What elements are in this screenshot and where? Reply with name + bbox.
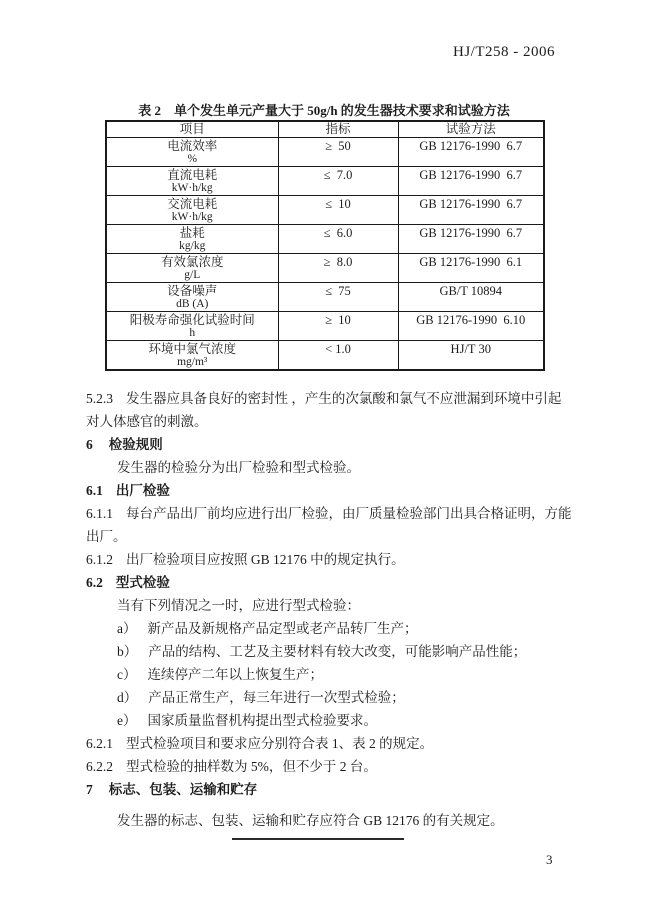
document-body: 5.2.3发生器应具备良好的密封性 ，产生的次氯酸和氯气不应泄漏到环境中引起对人… <box>86 387 572 832</box>
spec-table: 项目 指标 试验方法 电流效率 % ≥ 50 GB 12176-1990 6.7… <box>105 120 545 371</box>
list-marker: c） <box>117 667 137 682</box>
table-row: 设备噪声 dB (A) ≤ 75 GB/T 10894 <box>106 283 544 312</box>
spec-value: ≤ 75 <box>278 283 398 312</box>
subsection-heading-6-1: 6.1出厂检验 <box>86 479 572 502</box>
list-marker: d） <box>117 690 137 705</box>
clause-6-2-1: 6.2.1型式检验项目和要求应分别符合表 1、表 2 的规定。 <box>86 732 572 755</box>
clause-text: 发生器应具备良好的密封性 ，产生的次氯酸和氯气不应泄漏到环境中引起对人体感官的刺… <box>86 391 561 429</box>
spec-method: HJ/T 30 <box>398 341 544 371</box>
spec-value: < 1.0 <box>278 341 398 371</box>
paragraph-text: 发生器的标志、包装、运输和贮存应符合 GB 12176 的有关规定。 <box>117 813 504 828</box>
table-row: 盐耗 kg/kg ≤ 6.0 GB 12176-1990 6.7 <box>106 225 544 254</box>
clause-number: 6.1.2 <box>86 552 113 567</box>
spec-item-name: 阳极寿命强化试验时间 <box>107 313 278 327</box>
page-number: 3 <box>546 852 553 868</box>
spec-method: GB 12176-1990 6.1 <box>398 254 544 283</box>
paragraph: 发生器的检验分为出厂检验和型式检验。 <box>86 456 572 479</box>
spec-method: GB 12176-1990 6.7 <box>398 138 544 167</box>
clause-5-2-3: 5.2.3发生器应具备良好的密封性 ，产生的次氯酸和氯气不应泄漏到环境中引起对人… <box>86 387 572 433</box>
clause-number: 6.1.1 <box>86 506 113 521</box>
list-item-b: b）产品的结构、工艺及主要材料有较大改变，可能影响产品性能； <box>86 640 572 663</box>
list-marker: a） <box>117 621 137 636</box>
column-header-value: 指标 <box>278 121 398 138</box>
spec-item-unit: mg/m³ <box>107 356 278 369</box>
table-row: 交流电耗 kW·h/kg ≤ 10 GB 12176-1990 6.7 <box>106 196 544 225</box>
subsection-title: 型式检验 <box>116 575 170 590</box>
list-item-a: a）新产品及新规格产品定型或老产品转厂生产； <box>86 617 572 640</box>
spec-method: GB/T 10894 <box>398 283 544 312</box>
spec-item-unit: kW·h/kg <box>107 211 278 224</box>
spec-item-unit: % <box>107 153 278 166</box>
footer-divider <box>232 838 404 840</box>
spec-item-unit: dB (A) <box>107 298 278 311</box>
spec-method: GB 12176-1990 6.7 <box>398 196 544 225</box>
spec-value: ≤ 6.0 <box>278 225 398 254</box>
table-row: 阳极寿命强化试验时间 h ≥ 10 GB 12176-1990 6.10 <box>106 312 544 341</box>
subsection-number: 6.1 <box>86 483 103 498</box>
table-row: 电流效率 % ≥ 50 GB 12176-1990 6.7 <box>106 138 544 167</box>
column-header-item: 项目 <box>106 121 278 138</box>
spec-value: ≤ 7.0 <box>278 167 398 196</box>
spec-item-name: 环境中氯气浓度 <box>107 342 278 356</box>
paragraph-text: 当有下列情况之一时，应进行型式检验： <box>117 598 360 613</box>
list-item-d: d）产品正常生产，每三年进行一次型式检验； <box>86 686 572 709</box>
spec-value: ≥ 10 <box>278 312 398 341</box>
spec-item-name: 直流电耗 <box>107 168 278 182</box>
table-row: 有效氯浓度 g/L ≥ 8.0 GB 12176-1990 6.1 <box>106 254 544 283</box>
section-title: 标志、包装、运输和贮存 <box>109 782 258 797</box>
paragraph: 当有下列情况之一时，应进行型式检验： <box>86 594 572 617</box>
section-title: 检验规则 <box>109 437 163 452</box>
clause-number: 6.2.2 <box>86 759 113 774</box>
document-page: HJ/T258 - 2006 表 2 单个发生单元产量大于 50g/h 的发生器… <box>0 0 647 915</box>
table-row: 环境中氯气浓度 mg/m³ < 1.0 HJ/T 30 <box>106 341 544 371</box>
standard-number: HJ/T258 - 2006 <box>453 44 555 60</box>
clause-text: 每台产品出厂前均应进行出厂检验，由厂质量检验部门出具合格证明，方能出厂。 <box>86 506 572 544</box>
list-text: 连续停产二年以上恢复生产； <box>148 667 324 682</box>
column-header-method: 试验方法 <box>398 121 544 138</box>
list-marker: e） <box>117 713 137 728</box>
spec-method: GB 12176-1990 6.7 <box>398 167 544 196</box>
clause-text: 型式检验项目和要求应分别符合表 1、表 2 的规定。 <box>126 736 433 751</box>
list-marker: b） <box>117 644 137 659</box>
table-title: 表 2 单个发生单元产量大于 50g/h 的发生器技术要求和试验方法 <box>105 100 543 119</box>
spec-value: ≥ 50 <box>278 138 398 167</box>
list-text: 产品的结构、工艺及主要材料有较大改变，可能影响产品性能； <box>148 644 526 659</box>
section-heading-7: 7标志、包装、运输和贮存 <box>86 778 572 801</box>
spec-item-name: 设备噪声 <box>107 284 278 298</box>
list-text: 产品正常生产，每三年进行一次型式检验； <box>148 690 405 705</box>
page-header: HJ/T258 - 2006 <box>453 44 555 61</box>
clause-6-1-2: 6.1.2出厂检验项目应按照 GB 12176 中的规定执行。 <box>86 548 572 571</box>
clause-6-1-1: 6.1.1每台产品出厂前均应进行出厂检验，由厂质量检验部门出具合格证明，方能出厂… <box>86 502 572 548</box>
spec-item-unit: g/L <box>107 269 278 282</box>
spec-value: ≥ 8.0 <box>278 254 398 283</box>
spec-item-name: 盐耗 <box>107 226 278 240</box>
spec-method: GB 12176-1990 6.7 <box>398 225 544 254</box>
clause-text: 出厂检验项目应按照 GB 12176 中的规定执行。 <box>126 552 405 567</box>
spec-item-name: 有效氯浓度 <box>107 255 278 269</box>
spec-value: ≤ 10 <box>278 196 398 225</box>
subsection-number: 6.2 <box>86 575 103 590</box>
spec-item-name: 电流效率 <box>107 139 278 153</box>
subsection-title: 出厂检验 <box>116 483 170 498</box>
list-text: 新产品及新规格产品定型或老产品转厂生产； <box>148 621 418 636</box>
section-number: 6 <box>86 437 93 452</box>
subsection-heading-6-2: 6.2型式检验 <box>86 571 572 594</box>
spec-item-unit: kg/kg <box>107 240 278 253</box>
section-heading-6: 6检验规则 <box>86 433 572 456</box>
clause-text: 型式检验的抽样数为 5%，但不少于 2 台。 <box>126 759 377 774</box>
spec-item-unit: kW·h/kg <box>107 182 278 195</box>
list-text: 国家质量监督机构提出型式检验要求。 <box>148 713 378 728</box>
paragraph: 发生器的标志、包装、运输和贮存应符合 GB 12176 的有关规定。 <box>86 809 572 832</box>
clause-number: 6.2.1 <box>86 736 113 751</box>
list-item-c: c）连续停产二年以上恢复生产； <box>86 663 572 686</box>
paragraph-text: 发生器的检验分为出厂检验和型式检验。 <box>117 460 360 475</box>
spec-method: GB 12176-1990 6.10 <box>398 312 544 341</box>
spec-item-name: 交流电耗 <box>107 197 278 211</box>
spec-item-unit: h <box>107 327 278 340</box>
clause-number: 5.2.3 <box>86 391 113 406</box>
clause-6-2-2: 6.2.2型式检验的抽样数为 5%，但不少于 2 台。 <box>86 755 572 778</box>
list-item-e: e）国家质量监督机构提出型式检验要求。 <box>86 709 572 732</box>
table-header-row: 项目 指标 试验方法 <box>106 121 544 138</box>
table-row: 直流电耗 kW·h/kg ≤ 7.0 GB 12176-1990 6.7 <box>106 167 544 196</box>
section-number: 7 <box>86 782 93 797</box>
